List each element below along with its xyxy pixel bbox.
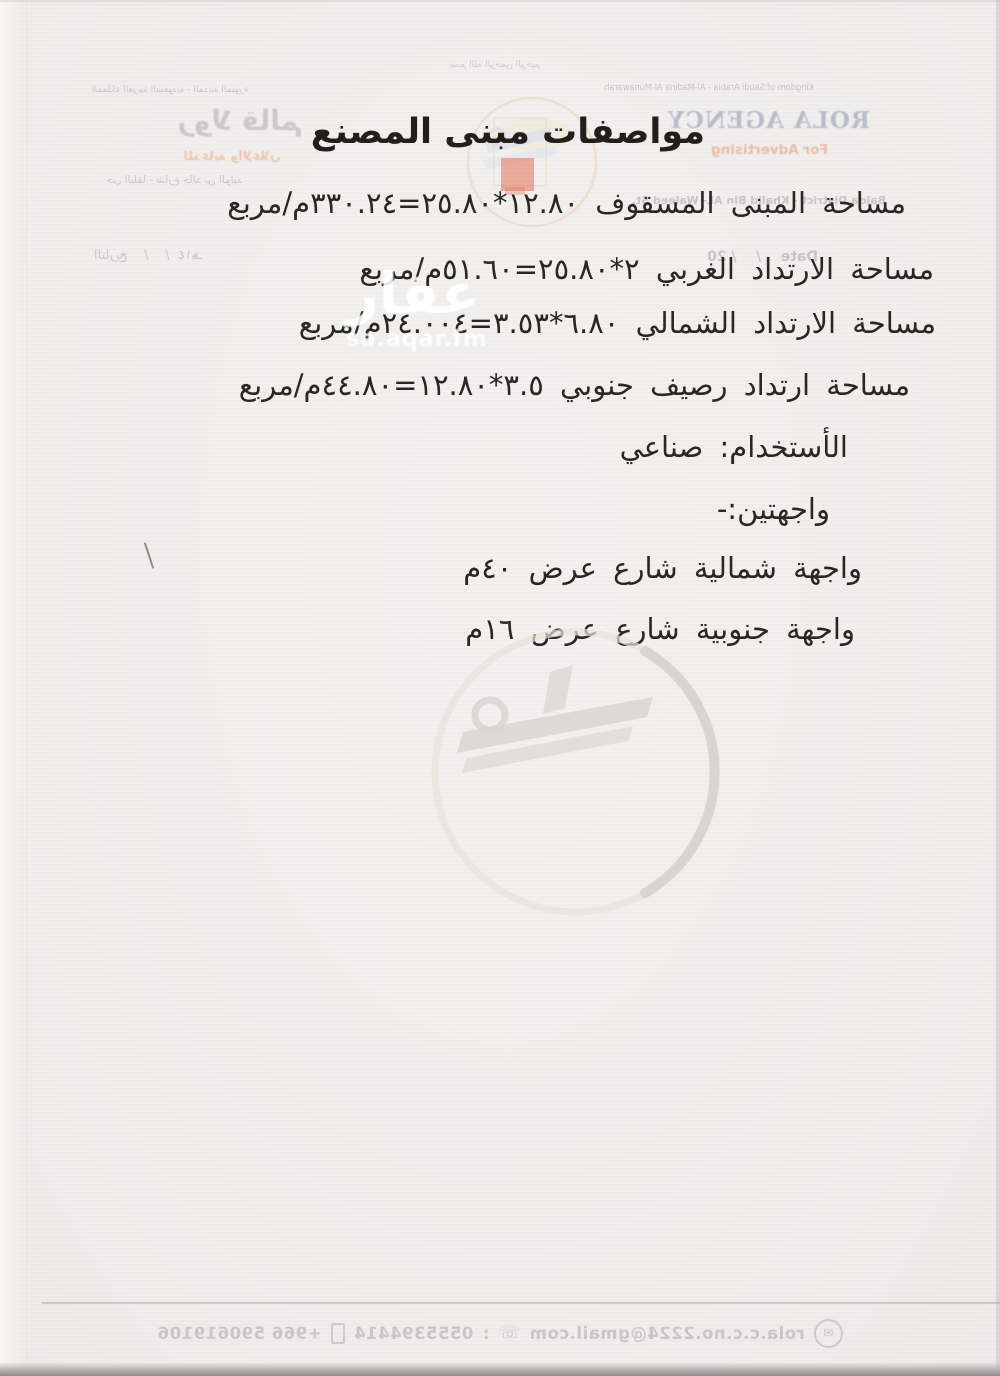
kingdom-line-en: Kingdom of Saudi Arabia - Al-Madina Al-M… [644, 83, 814, 93]
footer-divider [42, 1302, 1000, 1304]
spec-line-south-sidewalk: مساحة ارتداد رصيف جنوبي ٣.٥*١٢.٨٠=٤٤.٨٠م… [239, 362, 910, 408]
aqar-watermark-url: sa.aqar.fm [346, 326, 482, 352]
scan-edge-left [0, 0, 27, 1376]
phone-icon: ☏ [499, 1323, 521, 1343]
brand-en: ROLA AGENCY [700, 107, 870, 134]
footer-phone: 0555394414 [354, 1324, 474, 1343]
date-line-ar: التاريخ / / ١٤هـ [94, 248, 260, 263]
scan-edge-right [996, 0, 1000, 1376]
spec-line-roofed-area: مساحة المبنى المسقوف ١٢.٨٠*٢٥.٨٠=٣٣٠.٢٤م… [227, 180, 906, 226]
tagline-ar: للدعاية والإعلان [156, 148, 308, 163]
scan-edge-top [0, 0, 1000, 2]
email-icon: ✉ [814, 1319, 843, 1348]
aqar-watermark-name: عقار [348, 262, 480, 326]
scan-edge-bottom [0, 1362, 1000, 1376]
footer-colon: : [482, 1324, 489, 1343]
spec-line-usage: الأستخدام: صناعي [620, 424, 848, 470]
document-title: مواصفات مبنى المصنع [370, 106, 705, 158]
pen-stray-mark [144, 542, 154, 568]
tagline-en: For Advertising [716, 142, 828, 158]
spec-line-two-facades: واجهتين:- [717, 486, 830, 532]
kingdom-line-ar: المملكة العربية السعودية - المدينة المنو… [92, 85, 228, 95]
scanned-page: بسم الله الرحمن الرحيم Kingdom of Saudi … [0, 0, 1000, 1376]
center-logo-watermark [415, 620, 745, 924]
mobile-phone-icon [331, 1323, 345, 1344]
spec-line-north-facade: واجهة شمالية شارع عرض ٤٠م [463, 545, 862, 591]
basmala-bleed-text: بسم الله الرحمن الرحيم [440, 60, 550, 70]
footer-mobile: +966 590619106 [157, 1324, 321, 1343]
footer-contact-bleed: ✉ rola.c.c.no.2224@gmail.com ☏ : 0555394… [130, 1314, 870, 1352]
footer-email: rola.c.c.no.2224@gmail.com [529, 1324, 804, 1343]
